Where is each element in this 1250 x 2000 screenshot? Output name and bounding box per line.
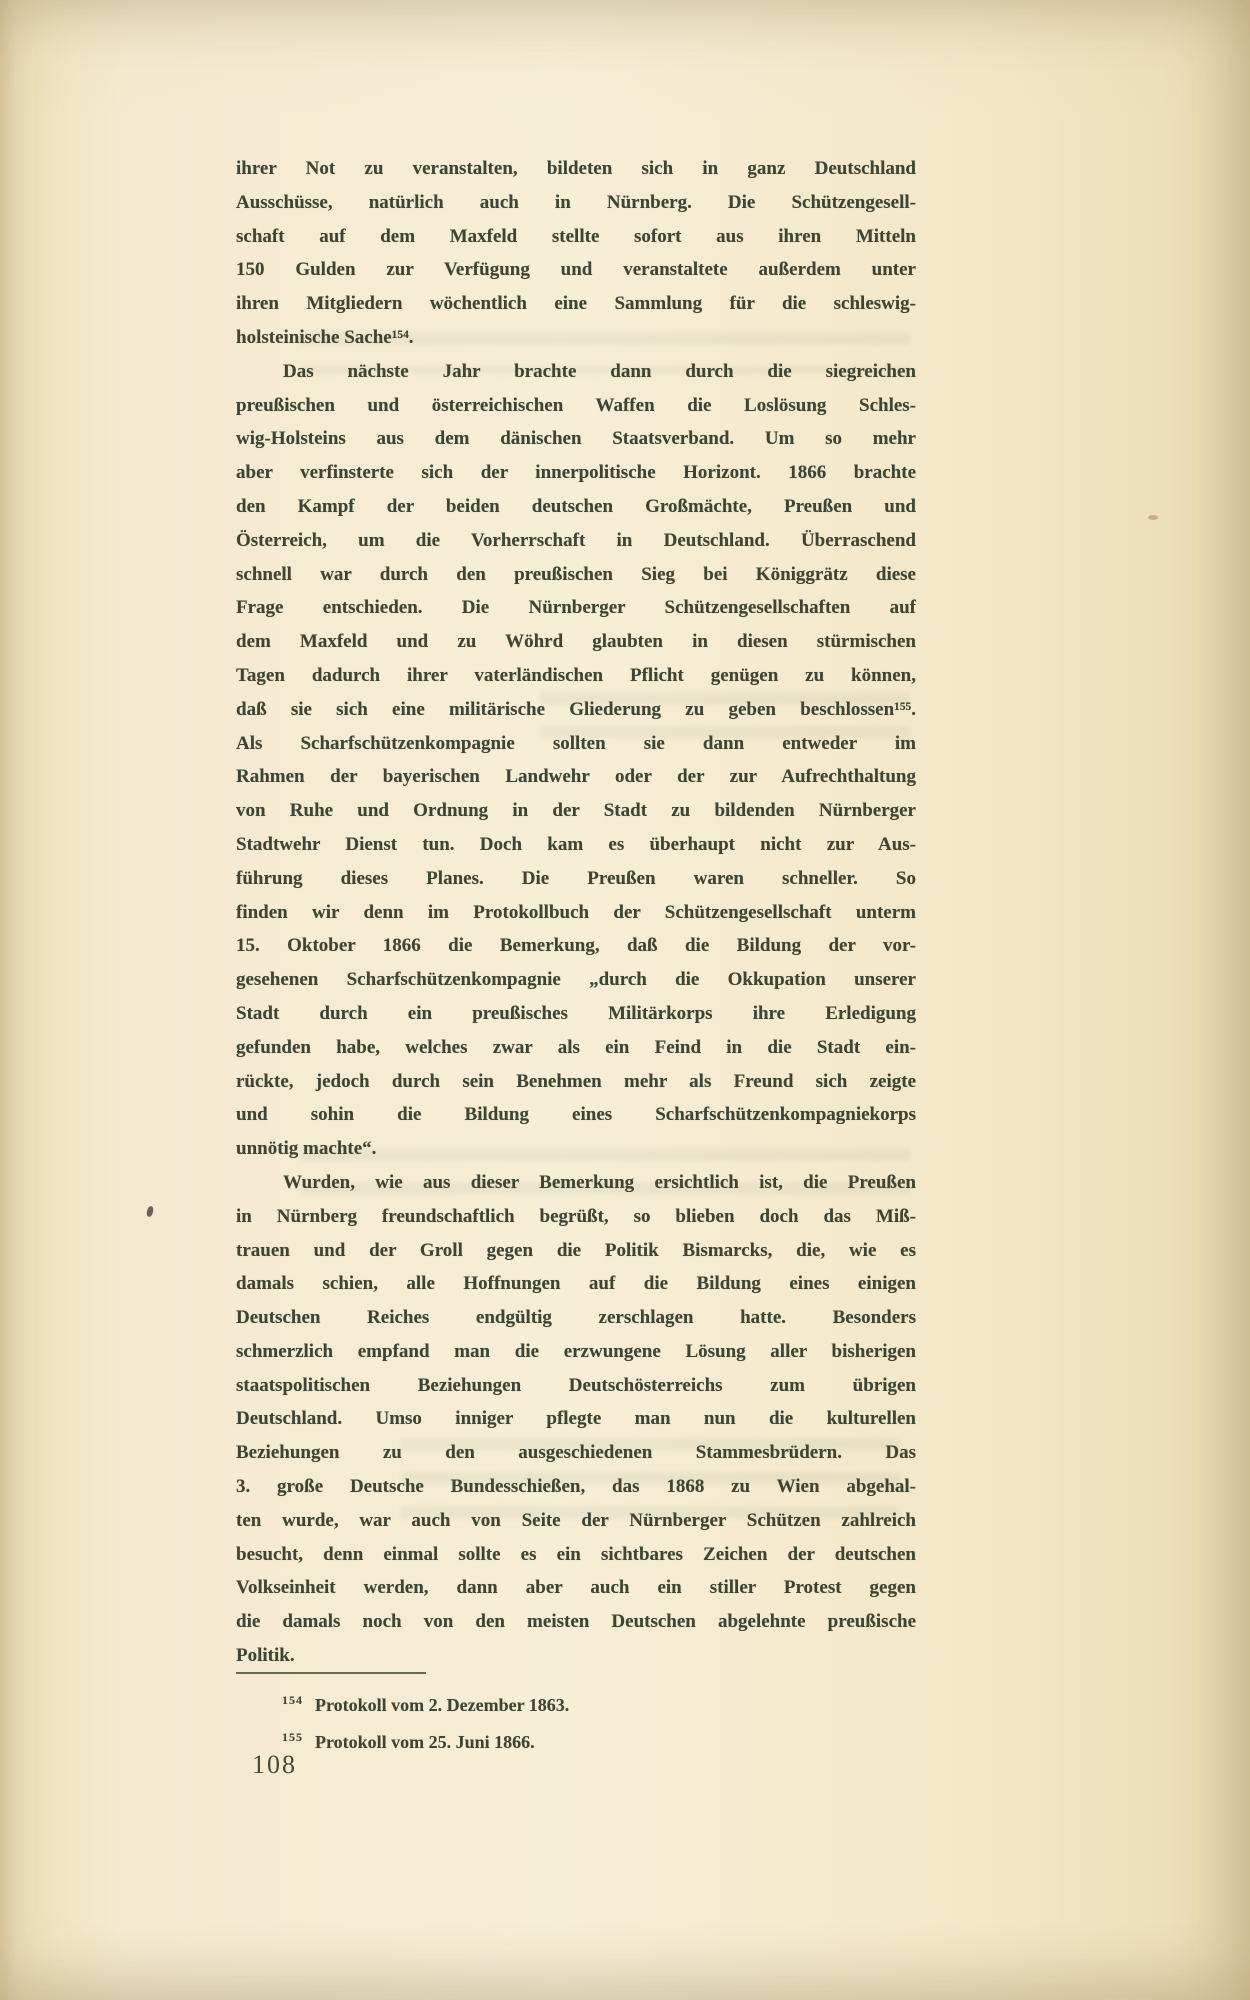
text-line: Tagen dadurch ihrer vaterländischen Pfli… (236, 659, 916, 693)
page-number: 108 (252, 1750, 297, 1780)
text-line: holsteinische Sache¹⁵⁴. (236, 321, 916, 355)
footnote-marker: 155 (282, 1730, 303, 1744)
text-line: damals schien, alle Hoffnungen auf die B… (236, 1267, 916, 1301)
text-line: Beziehungen zu den ausgeschiedenen Stamm… (236, 1436, 916, 1470)
text-line: finden wir denn im Protokollbuch der Sch… (236, 896, 916, 930)
text-line: Stadtwehr Dienst tun. Doch kam es überha… (236, 828, 916, 862)
text-line: gesehenen Scharfschützenkompagnie „durch… (236, 963, 916, 997)
text-line: ten wurde, war auch von Seite der Nürnbe… (236, 1504, 916, 1538)
text-line: aber verfinsterte sich der innerpolitisc… (236, 456, 916, 490)
footnotes: 154Protokoll vom 2. Dezember 1863. 155Pr… (236, 1672, 916, 1758)
text-line: Als Scharfschützenkompagnie sollten sie … (236, 727, 916, 761)
text-line: schnell war durch den preußischen Sieg b… (236, 558, 916, 592)
text-line: preußischen und österreichischen Waffen … (236, 389, 916, 423)
text-line: Wurden, wie aus dieser Bemerkung ersicht… (236, 1166, 916, 1200)
text-line: in Nürnberg freundschaftlich begrüßt, so… (236, 1200, 916, 1234)
text-line: wig-Holsteins aus dem dänischen Staatsve… (236, 422, 916, 456)
footnote-text: Protokoll vom 25. Juni 1866. (315, 1732, 535, 1752)
text-line: ihren Mitgliedern wöchentlich eine Samml… (236, 287, 916, 321)
text-line: besucht, denn einmal sollte es ein sicht… (236, 1538, 916, 1572)
text-line: gefunden habe, welches zwar als ein Fein… (236, 1031, 916, 1065)
text-line: Frage entschieden. Die Nürnberger Schütz… (236, 591, 916, 625)
text-line: Rahmen der bayerischen Landwehr oder der… (236, 760, 916, 794)
text-line: staatspolitischen Beziehungen Deutschöst… (236, 1369, 916, 1403)
footnote-text: Protokoll vom 2. Dezember 1863. (315, 1695, 569, 1715)
text-line: daß sie sich eine militärische Gliederun… (236, 693, 916, 727)
text-line: Das nächste Jahr brachte dann durch die … (236, 355, 916, 389)
text-line: Deutschen Reiches endgültig zerschlagen … (236, 1301, 916, 1335)
text-line: Politik. (236, 1639, 916, 1673)
text-line: 15. Oktober 1866 die Bemerkung, daß die … (236, 929, 916, 963)
text-line: trauen und der Groll gegen die Politik B… (236, 1234, 916, 1268)
text-line: von Ruhe und Ordnung in der Stadt zu bil… (236, 794, 916, 828)
text-line: ihrer Not zu veranstalten, bildeten sich… (236, 152, 916, 186)
text-line: Ausschüsse, natürlich auch in Nürnberg. … (236, 186, 916, 220)
footnote: 155Protokoll vom 25. Juni 1866. (236, 1721, 916, 1758)
footnote-separator (236, 1672, 426, 1674)
paper-blemish (1148, 515, 1158, 520)
text-line: Stadt durch ein preußisches Militärkorps… (236, 997, 916, 1031)
ink-speck (146, 1205, 154, 1217)
text-line: 150 Gulden zur Verfügung und veranstalte… (236, 253, 916, 287)
text-line: rückte, jedoch durch sein Benehmen mehr … (236, 1065, 916, 1099)
text-line: dem Maxfeld und zu Wöhrd glaubten in die… (236, 625, 916, 659)
footnote: 154Protokoll vom 2. Dezember 1863. (236, 1684, 916, 1721)
text-line: führung dieses Planes. Die Preußen waren… (236, 862, 916, 896)
text-line: unnötig machte“. (236, 1132, 916, 1166)
text-line: schmerzlich empfand man die erzwungene L… (236, 1335, 916, 1369)
text-line: Deutschland. Umso inniger pflegte man nu… (236, 1402, 916, 1436)
footnote-marker: 154 (282, 1693, 303, 1707)
text-line: Österreich, um die Vorherrschaft in Deut… (236, 524, 916, 558)
text-line: Volkseinheit werden, dann aber auch ein … (236, 1571, 916, 1605)
text-line: die damals noch von den meisten Deutsche… (236, 1605, 916, 1639)
text-line: 3. große Deutsche Bundesschießen, das 18… (236, 1470, 916, 1504)
book-page: ihrer Not zu veranstalten, bildeten sich… (0, 0, 1250, 2000)
text-line: und sohin die Bildung eines Scharfschütz… (236, 1098, 916, 1132)
text-line: den Kampf der beiden deutschen Großmächt… (236, 490, 916, 524)
body-text: ihrer Not zu veranstalten, bildeten sich… (236, 152, 916, 1673)
text-line: schaft auf dem Maxfeld stellte sofort au… (236, 220, 916, 254)
